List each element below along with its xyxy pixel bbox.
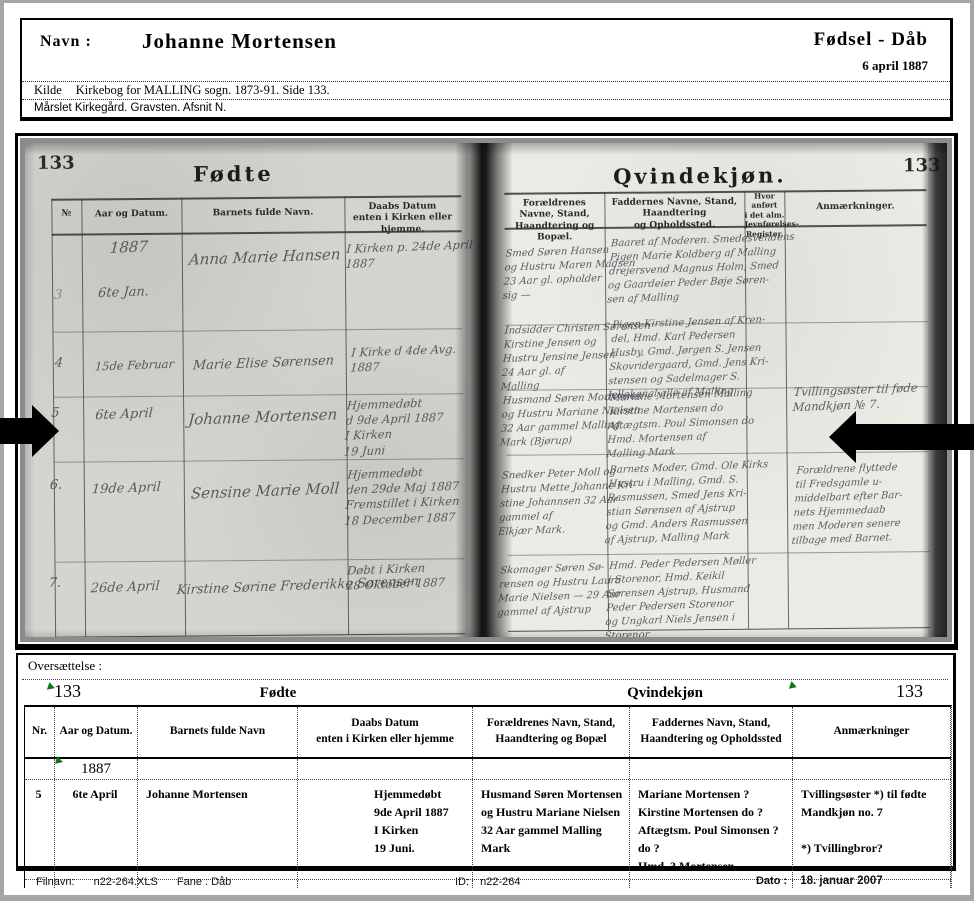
scan-entry-date: 26de April xyxy=(90,578,160,598)
cell-baptism: Hjemmedøbt 9de April 1887 I Kirken 19 Ju… xyxy=(298,780,473,879)
scan-entry-baptism: Hjemmedøbt den 29de Maj 1887 Fremstillet… xyxy=(344,464,462,529)
translation-page-number-right: 133 xyxy=(896,681,923,702)
comment-marker-icon xyxy=(789,681,798,691)
scan-entry-date: 6te Jan. xyxy=(98,283,150,302)
scan-entry-godparents: Barnets Moder, Gmd. Ole Kirks Hustru i M… xyxy=(604,458,768,548)
translation-section-right: Qvindekjøn xyxy=(585,685,745,702)
scan-col-remarks: Anmærkninger. xyxy=(784,201,926,213)
col-header-parents: Forældrenes Navn, Stand, Haandtering og … xyxy=(473,707,630,757)
scan-entry-nr: 4 xyxy=(54,355,63,373)
footer-date: Dato : 18. januar 2007 xyxy=(756,875,883,887)
church-book-scan: 133 133 Fødte Qvindekjøn. xyxy=(25,143,947,637)
scan-entry-baptism: Døbt i Kirken 28 Oktober 1887 xyxy=(346,560,447,594)
scan-entry-year: 1887 xyxy=(109,237,149,258)
rule xyxy=(504,189,926,195)
col-header-name: Barnets fulde Navn xyxy=(138,707,298,757)
header-box: Navn : Johanne Mortensen Fødsel - Dåb 6 … xyxy=(20,18,953,121)
dotted-divider xyxy=(22,679,948,680)
scan-entry-date: 6te April xyxy=(95,405,154,424)
scan-entry-date: 19de April xyxy=(91,479,161,499)
name-label: Navn : xyxy=(40,33,92,51)
scan-title-left: Fødte xyxy=(193,161,274,187)
rule xyxy=(55,633,465,637)
scan-entry-nr: 6. xyxy=(49,477,63,495)
scan-entry-remarks: Forældrene flyttede til Fredsgamle u- mi… xyxy=(791,461,905,549)
translation-section-left: Fødte xyxy=(198,685,358,702)
event-date: 6 april 1887 xyxy=(862,58,928,74)
filename-label: Filnavn: xyxy=(36,876,75,888)
id-label: ID: xyxy=(455,876,469,888)
cemetery-note: Mårslet Kirkegård. Gravsten. Afsnit N. xyxy=(34,102,226,114)
col-header-godparents: Faddernes Navn, Stand, Haandtering og Op… xyxy=(630,707,793,757)
footer-filename: Filnavn: n22-264.XLS Fane : Dåb xyxy=(36,876,231,888)
filename-value: n22-264.XLS xyxy=(94,876,158,888)
cell-name: Johanne Mortensen xyxy=(138,780,298,879)
left-pointer-arrow-icon xyxy=(0,403,60,459)
scan-col-name: Barnets fulde Navn. xyxy=(181,207,344,220)
scan-frame: 133 133 Fødte Qvindekjøn. xyxy=(20,138,952,642)
rule xyxy=(54,458,464,463)
scan-page-number-left: 133 xyxy=(37,153,75,174)
footer-id: ID: n22-264 xyxy=(455,876,521,888)
cell-nr: 5 xyxy=(25,780,55,879)
scan-entry-baptism: Hjemmedøbt d 9de April 1887 I Kirken 19 … xyxy=(343,395,445,459)
scan-col-date: Aar og Datum. xyxy=(81,209,181,221)
cell-date: 6te April xyxy=(55,780,138,879)
scan-entry-baptism: I Kirke d 4de Avg. 1887 xyxy=(350,342,457,376)
sheet-tab: Fane : Dåb xyxy=(177,876,231,888)
rule xyxy=(51,195,461,201)
source-line: KildeKirkebog for MALLING sogn. 1873-91.… xyxy=(34,83,330,98)
scan-col-godparents: Faddernes Navne, Stand, Haandtering og O… xyxy=(604,197,744,232)
col-header-nr: Nr. xyxy=(25,707,55,757)
dotted-divider xyxy=(22,81,950,82)
right-pointer-arrow-icon xyxy=(828,408,974,466)
scan-entry-date: 15de Februar xyxy=(94,357,174,375)
id-value: n22-264 xyxy=(480,876,520,888)
book-binding xyxy=(455,143,513,637)
cell-remarks: Tvillingsøster *) til fødte Mandkjøn no.… xyxy=(793,780,951,879)
scan-box: 133 133 Fødte Qvindekjøn. xyxy=(15,133,958,650)
rule xyxy=(81,199,86,637)
scan-entry-name: Sensine Marie Moll xyxy=(190,479,340,504)
event-title: Fødsel - Dåb xyxy=(814,29,928,51)
scan-entry-baptism: I Kirken p. 24de April 1887 xyxy=(345,237,473,272)
page-edge-shadow xyxy=(922,143,947,637)
translation-label: Oversættelse : xyxy=(28,658,102,674)
scan-entry-name: Anna Marie Hansen xyxy=(188,245,341,270)
col-header-remarks: Anmærkninger xyxy=(793,707,951,757)
scan-col-parents: Forældrenes Navne, Stand, Haandtering og… xyxy=(504,198,604,244)
col-header-date: Aar og Datum. xyxy=(55,707,138,757)
scan-entry-parents: Skomager Søren Sø- rensen og Hustru Laur… xyxy=(497,560,623,621)
scan-entry-name: Marie Elise Sørensen xyxy=(192,352,334,374)
year-cell: 1887 xyxy=(55,759,138,779)
scan-entry-nr: 3 xyxy=(54,287,63,305)
translation-box: Oversættelse : 133 Fødte Qvindekjøn 133 … xyxy=(16,653,956,871)
scan-col-nr: № xyxy=(53,209,79,220)
col-header-baptism: Daabs Datum enten i Kirken eller hjemme xyxy=(298,707,473,757)
source-text: Kirkebog for MALLING sogn. 1873-91. Side… xyxy=(76,83,330,97)
dotted-divider xyxy=(22,99,950,100)
person-name: Johanne Mortensen xyxy=(142,29,337,54)
translation-page-number-left: 133 xyxy=(54,681,81,702)
scan-title-right: Qvindekjøn. xyxy=(613,162,787,189)
document-page: Navn : Johanne Mortensen Fødsel - Dåb 6 … xyxy=(0,0,974,901)
scan-entry-godparents: Mariane Mortensen Malling Kirstine Morte… xyxy=(606,387,757,463)
date-label: Dato : xyxy=(756,875,787,887)
translation-table: Nr. Aar og Datum. Barnets fulde Navn Daa… xyxy=(24,705,952,888)
scan-col-baptism: Daabs Datum enten i Kirken eller hjemme. xyxy=(344,201,460,236)
cell-parents: Husmand Søren Mortensen og Hustru Marian… xyxy=(473,780,630,879)
rule xyxy=(52,328,462,333)
scan-entry-nr: 7. xyxy=(48,575,62,593)
source-label: Kilde xyxy=(34,83,62,97)
scan-entry-godparents: Hmd. Peder Pedersen Møller i Storenor, H… xyxy=(604,554,756,637)
rule xyxy=(181,198,186,636)
scan-entry-godparents: Baaret af Moderen. Smedesvendens Pigen M… xyxy=(607,231,795,308)
year-row: 1887 xyxy=(25,759,951,780)
table-header-row: Nr. Aar og Datum. Barnets fulde Navn Daa… xyxy=(25,707,951,759)
cell-godparents: Mariane Mortensen ? Kirstine Mortensen d… xyxy=(630,780,793,879)
scan-entry-name: Johanne Mortensen xyxy=(188,405,338,430)
table-row: 5 6te April Johanne Mortensen Hjemmedøbt… xyxy=(25,780,951,880)
date-value: 18. januar 2007 xyxy=(800,875,882,887)
